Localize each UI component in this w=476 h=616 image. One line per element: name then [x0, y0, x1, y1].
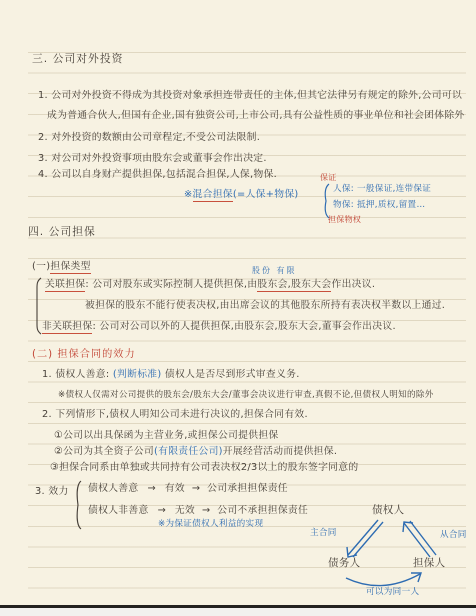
case3-line: ③担保合同系由单独或共同持有公司表决权2/3以上的股东签字同意的 — [50, 463, 358, 474]
subsection1-title: (一)担保类型 — [32, 262, 91, 273]
invest-item2: 2. 对外投资的数额由公司章程定,不受公司法限制. — [38, 133, 260, 144]
subsection1-keyword: 担保类型 — [50, 261, 90, 274]
brace-effect — [74, 481, 82, 529]
related-guarantee-mid: : 公司对股东或实际控制人提供担保,由 — [85, 279, 257, 290]
goodfaith-line: 1. 债权人善意: (判断标准) 债权人是否尽到形式审查义务. — [42, 370, 300, 381]
baozheng-label: 保证 — [320, 174, 337, 183]
mixed-guarantee-formula: (=人保+物保) — [233, 189, 299, 200]
main-contract-arrow — [347, 520, 383, 557]
related-guarantee-keyword: 关联担保 — [45, 279, 85, 292]
mixed-guarantee-note: ※混合担保(=人保+物保) — [184, 190, 299, 201]
effect-label: 3. 效力 — [35, 487, 69, 498]
section3-title: 三. 公司对外投资 — [32, 53, 123, 65]
case2-post: 开展经营活动而提供担保. — [223, 446, 337, 457]
arrow-right-icon: → — [202, 506, 210, 517]
nonrelated-guarantee-line: 非关联担保: 公司对公司以外的人提供担保,由股东会,股东大会,董事会作出决议. — [42, 322, 396, 333]
case2-company-type: (有限责任公司) — [154, 446, 223, 457]
subsection1-number: (一) — [32, 261, 50, 272]
effect-valid-result: 有效 — [165, 483, 185, 494]
invest-item3: 3. 对公司对外投资事项由股东会或董事会作出决定. — [38, 154, 267, 165]
related-guarantee-end: 作出决议. — [331, 279, 375, 290]
effect-valid-cause: 债权人善意 — [88, 483, 138, 494]
known-no-resolution-line: 2. 下列情形下,债权人明知公司未进行决议的,担保合同有效. — [42, 410, 308, 421]
company-type-note: 股份 有限 — [252, 267, 297, 276]
invest-item1-line2: 成为普通合伙人,但国有企业,国有独资公司,上市公司,具有公益性质的事业单位和社会… — [47, 111, 465, 122]
case2-line: ②公司为其全资子公司(有限责任公司)开展经营活动而提供担保. — [54, 447, 337, 458]
section4-title: 四. 公司担保 — [28, 226, 96, 238]
invest-item1-line1: 1. 公司对外投资不得成为其投资对象承担连带责任的主体,但其它法律另有规定的除外… — [38, 91, 462, 102]
effect-valid-line: 债权人善意→有效→公司承担担保责任 — [88, 484, 288, 495]
arrow-right-icon: → — [158, 506, 166, 517]
effect-invalid-cause: 债权人非善意 — [88, 505, 149, 516]
subsection2-title: (二) 担保合同的效力 — [32, 349, 136, 360]
diagram-arrows — [290, 495, 476, 607]
nonrelated-guarantee-rest: : 公司对公司以外的人提供担保,由股东会,股东大会,董事会作出决议. — [92, 321, 395, 332]
case2-pre: ②公司为其全资子公司 — [54, 446, 154, 457]
wubao-line: 物保: 抵押,质权,留置… — [333, 201, 425, 210]
arrow-right-icon: → — [147, 484, 155, 495]
accessory-contract-arrow — [403, 521, 436, 557]
danbaowuquan-label: 担保物权 — [328, 216, 361, 225]
photo-bottom-margin — [0, 608, 476, 616]
case1-line: ①公司以出具保函为主营业务,或担保公司提供担保 — [54, 431, 279, 442]
related-guarantee-rule: 被担保的股东不能行使表决权,由出席会议的其他股东所持有表决权半数以上通过. — [85, 301, 445, 312]
effect-valid-consequence: 公司承担担保责任 — [207, 483, 288, 494]
goodfaith-footnote: ※债权人仅需对公司提供的股东会/股东大会/董事会决议进行审查,真假不论,但债权人… — [58, 391, 434, 400]
effect-invalid-result: 无效 — [175, 505, 195, 516]
effect-invalid-line: 债权人非善意→无效→公司不承担担保责任 — [88, 506, 308, 517]
arrow-right-icon: → — [192, 484, 200, 495]
goodfaith-pre: 1. 债权人善意: — [42, 369, 113, 380]
same-person-arrow — [346, 573, 421, 586]
nonrelated-guarantee-keyword: 非关联担保 — [42, 321, 92, 334]
mixed-guarantee-keyword: 混合担保 — [193, 189, 233, 202]
related-guarantee-line: 关联担保: 公司对股东或实际控制人提供担保,由股东会,股东大会作出决议. — [45, 280, 375, 291]
judge-standard-note: (判断标准) — [113, 369, 162, 380]
creditor-interest-note: ※为保证债权人利益的实现 — [158, 520, 263, 529]
brace-renbao-wubao — [322, 183, 330, 219]
star-mark: ※ — [184, 189, 193, 200]
renbao-line: 人保: 一般保证,连带保证 — [333, 185, 431, 194]
related-guarantee-organs: 股东会,股东大会 — [257, 279, 331, 292]
notebook-paper: 三. 公司对外投资 1. 公司对外投资不得成为其投资对象承担连带责任的主体,但其… — [0, 0, 476, 616]
invest-item4: 4. 公司以自身财产提供担保,包括混合担保,人保,物保. — [38, 170, 277, 181]
goodfaith-post: 债权人是否尽到形式审查义务. — [162, 369, 300, 380]
